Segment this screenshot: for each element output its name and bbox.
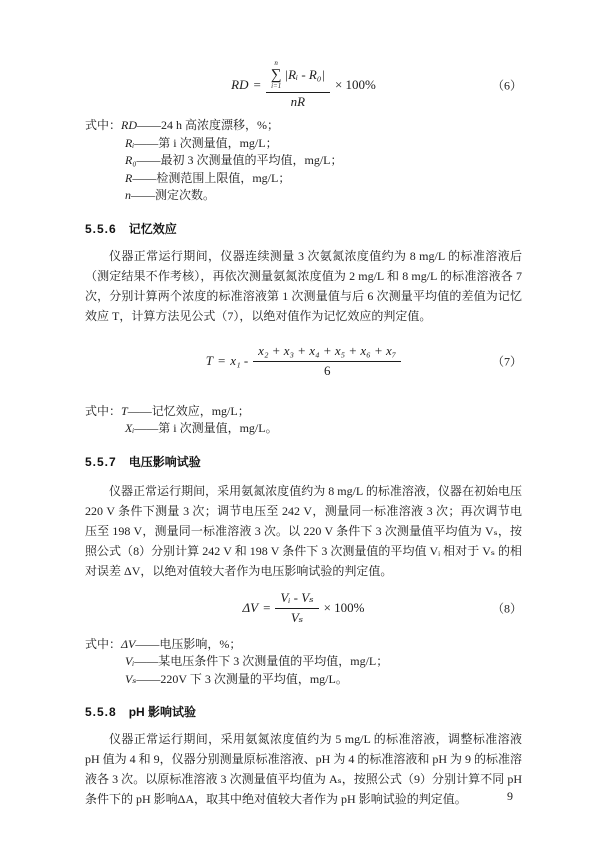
where-line: R——检测范围上限值，mg/L； xyxy=(85,170,522,188)
section-number: 5.5.8 xyxy=(85,705,117,719)
sum-lower-limit: i=1 xyxy=(271,83,281,91)
where-line: 式中：ΔV——电压影响，%； xyxy=(85,636,522,654)
where-desc: ——第 i 次测量值，mg/L。 xyxy=(134,421,277,435)
where-line: R₀——最初 3 次测量值的平均值，mg/L； xyxy=(85,152,522,170)
where-desc: ——第 i 次测量值，mg/L； xyxy=(134,136,277,150)
section-title: 电压影响试验 xyxy=(129,455,201,469)
formula-8-numerator: Vᵢ - Vₛ xyxy=(280,590,313,606)
formula-7-numerator: x₂ + x₃ + x₄ + x₅ + x₆ + x₇ xyxy=(258,343,396,359)
where-prefix: 式中： xyxy=(85,637,121,651)
where-desc: ——24 h 高浓度漂移，%； xyxy=(137,118,279,132)
formula-8-lhs: ΔV xyxy=(243,600,259,616)
where-line: Vᵢ——某电压条件下 3 次测量值的平均值，mg/L； xyxy=(85,653,522,671)
formula-6-equals: = xyxy=(253,77,260,93)
where-desc: ——最初 3 次测量值的平均值，mg/L； xyxy=(137,153,343,167)
section-number: 5.5.6 xyxy=(85,222,117,236)
section-heading-5-5-7: 5.5.7电压影响试验 xyxy=(85,453,522,470)
formula-6-numerator: |Rᵢ - R₀| xyxy=(285,67,325,83)
where-prefix: 式中： xyxy=(85,118,121,132)
formula-7-equals: = xyxy=(218,353,225,369)
document-content: RD = n ∑ i=1 |Rᵢ - R₀| nR × 100% （6） 式中：… xyxy=(85,60,522,809)
section-title: pH 影响试验 xyxy=(129,705,196,719)
where-symbol: Vₛ xyxy=(125,672,136,686)
page-number: 9 xyxy=(507,789,513,804)
formula-6-tail: × 100% xyxy=(335,77,376,93)
where-line: Xᵢ——第 i 次测量值，mg/L。 xyxy=(85,420,522,438)
where-symbol: RD xyxy=(121,118,137,132)
where-list-7: 式中：T——记忆效应，mg/L； Xᵢ——第 i 次测量值，mg/L。 xyxy=(85,403,522,438)
sum-sigma: ∑ xyxy=(271,68,282,83)
section-heading-5-5-6: 5.5.6记忆效应 xyxy=(85,220,522,237)
paragraph-5-5-7: 仪器正常运行期间，采用氨氮浓度值约为 8 mg/L 的标准溶液，仪器在初始电压 … xyxy=(85,481,522,581)
formula-7-fraction: x₂ + x₃ + x₄ + x₅ + x₆ + x₇ 6 xyxy=(253,343,401,379)
where-prefix: 式中： xyxy=(85,404,121,418)
where-line: Rᵢ——第 i 次测量值，mg/L； xyxy=(85,135,522,153)
formula-8-fraction: Vᵢ - Vₛ Vₛ xyxy=(275,590,318,626)
where-line: 式中：RD——24 h 高浓度漂移，%； xyxy=(85,117,522,135)
where-line: n——测定次数。 xyxy=(85,187,522,205)
paragraph-5-5-6: 仪器正常运行期间，仪器连续测量 3 次氨氮浓度值约为 8 mg/L 的标准溶液后… xyxy=(85,246,522,326)
formula-7-denominator: 6 xyxy=(324,362,331,379)
section-heading-5-5-8: 5.5.8pH 影响试验 xyxy=(85,703,522,720)
equation-number-8: （8） xyxy=(492,599,522,616)
formula-7: T = x₁ - x₂ + x₃ + x₄ + x₅ + x₆ + x₇ 6 （… xyxy=(85,343,522,379)
where-symbol: Vᵢ xyxy=(125,654,134,668)
section-number: 5.5.7 xyxy=(85,455,117,469)
formula-8-equals: = xyxy=(263,600,270,616)
where-desc: ——某电压条件下 3 次测量值的平均值，mg/L； xyxy=(134,654,388,668)
where-symbol: ΔV xyxy=(121,637,135,651)
where-symbol: Xᵢ xyxy=(125,421,134,435)
formula-6-denominator: nR xyxy=(291,93,305,110)
where-list-8: 式中：ΔV——电压影响，%； Vᵢ——某电压条件下 3 次测量值的平均值，mg/… xyxy=(85,636,522,689)
formula-6: RD = n ∑ i=1 |Rᵢ - R₀| nR × 100% （6） xyxy=(85,60,522,110)
equation-number-7: （7） xyxy=(492,352,522,369)
formula-8: ΔV = Vᵢ - Vₛ Vₛ × 100% （8） xyxy=(85,590,522,626)
formula-8-denominator: Vₛ xyxy=(291,609,303,626)
where-symbol: T xyxy=(121,404,128,418)
equation-number-6: （6） xyxy=(492,77,522,94)
where-symbol: R₀ xyxy=(125,153,137,167)
formula-7-lhs: T xyxy=(206,353,213,369)
paragraph-5-5-8: 仪器正常运行期间，采用氨氮浓度值约为 5 mg/L 的标准溶液，调整标准溶液 p… xyxy=(85,729,522,809)
where-desc: ——检测范围上限值，mg/L； xyxy=(132,171,290,185)
where-desc: ——记忆效应，mg/L； xyxy=(128,404,250,418)
where-line: Vₛ——220V 下 3 次测量的平均值，mg/L。 xyxy=(85,671,522,689)
where-desc: ——220V 下 3 次测量的平均值，mg/L。 xyxy=(136,672,347,686)
where-desc: ——电压影响，%； xyxy=(135,637,241,651)
where-list-6: 式中：RD——24 h 高浓度漂移，%； Rᵢ——第 i 次测量值，mg/L； … xyxy=(85,117,522,205)
summation-symbol: n ∑ i=1 xyxy=(271,60,282,90)
section-title: 记忆效应 xyxy=(129,222,177,236)
formula-6-lhs: RD xyxy=(231,77,248,93)
where-line: 式中：T——记忆效应，mg/L； xyxy=(85,403,522,421)
formula-7-pre: x₁ - xyxy=(230,353,248,369)
formula-8-tail: × 100% xyxy=(324,600,365,616)
where-desc: ——测定次数。 xyxy=(131,188,215,202)
where-symbol: Rᵢ xyxy=(125,136,134,150)
formula-6-fraction: n ∑ i=1 |Rᵢ - R₀| nR xyxy=(266,60,330,110)
